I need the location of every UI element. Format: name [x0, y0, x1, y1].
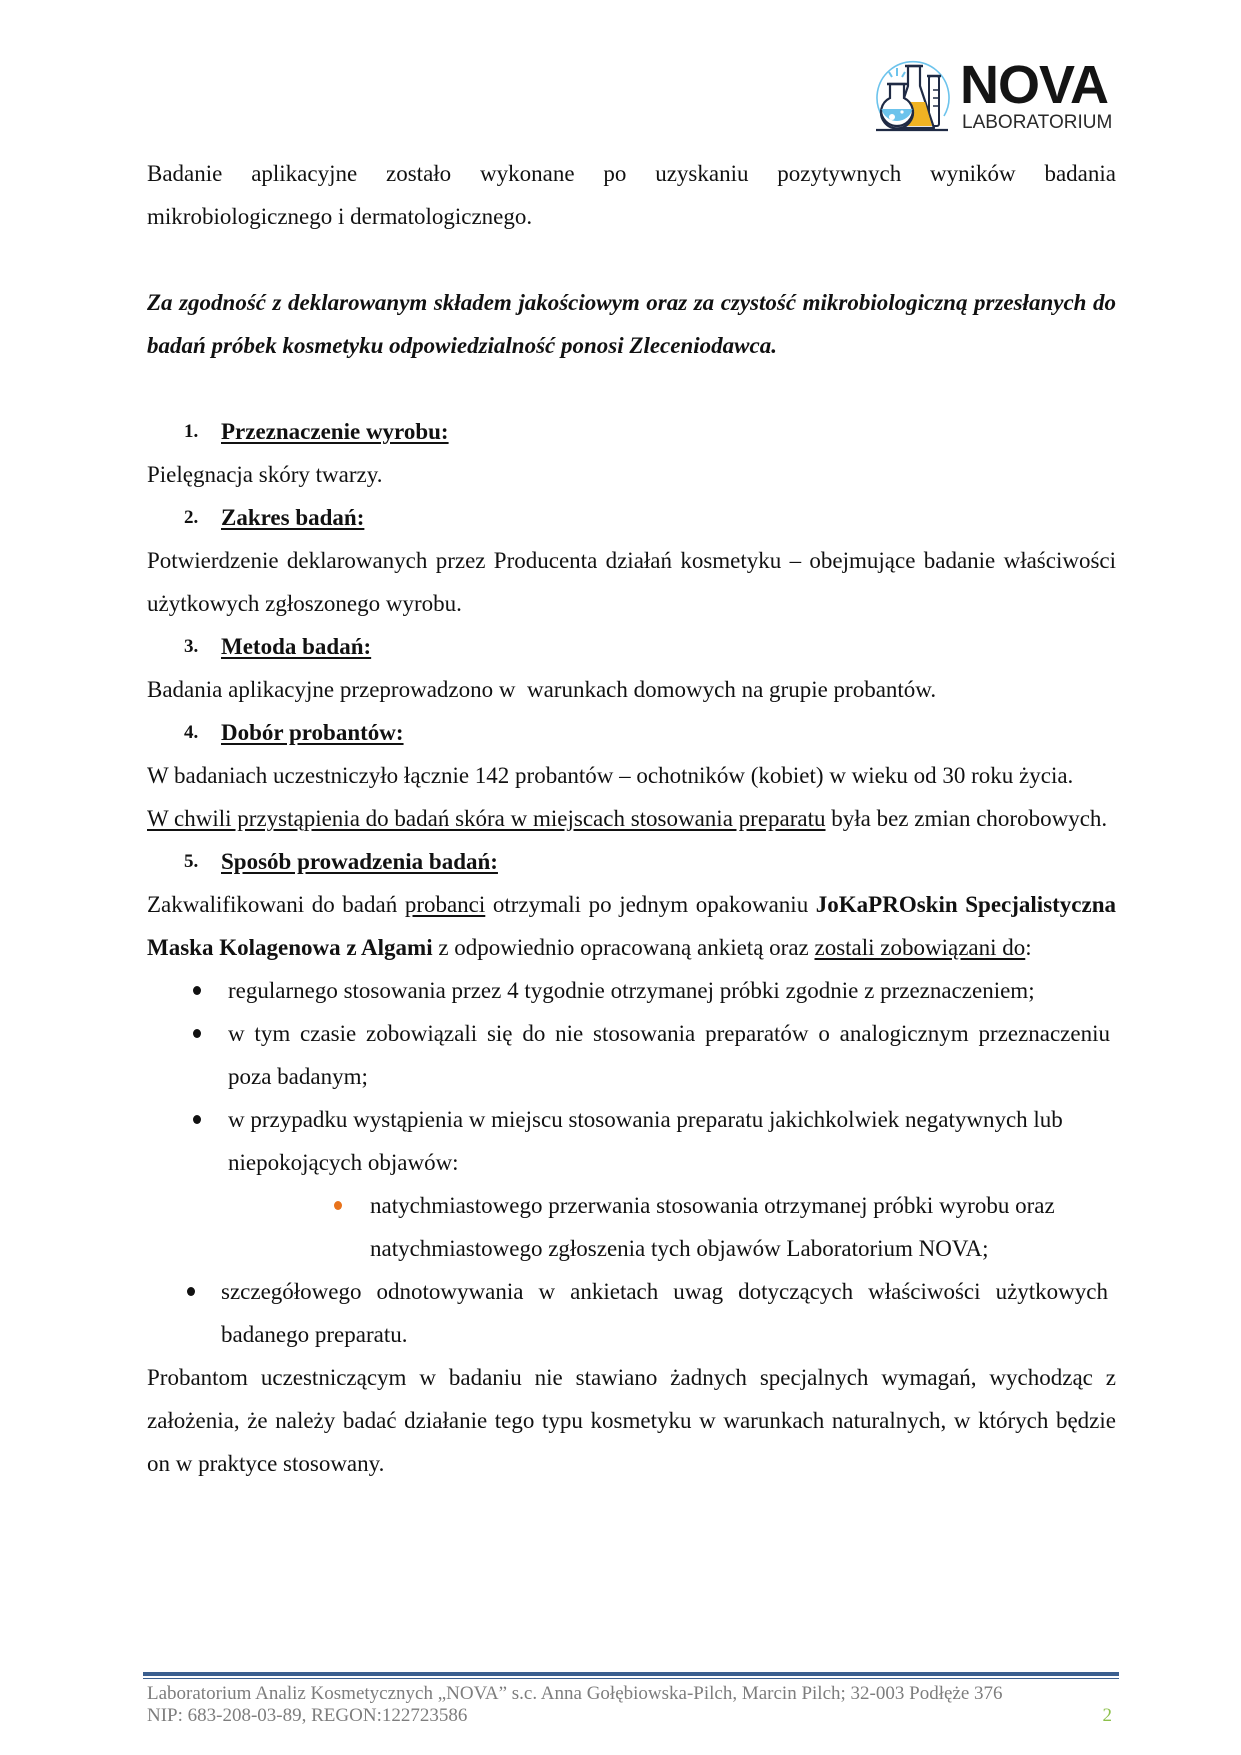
logo-brand-text: NOVA: [960, 58, 1108, 112]
section-1-body: Pielęgnacja skóry twarzy.: [147, 453, 1116, 496]
section-heading-5: 5. Sposób prowadzenia badań:: [147, 840, 1116, 883]
bullet-icon: [193, 1029, 201, 1038]
section-5-body: Zakwalifikowani do badań probanci otrzym…: [147, 883, 1116, 969]
document-body: Badanie aplikacyjne zostało wykonane po …: [147, 152, 1116, 1485]
list-item-text: szczegółowego odnotowywania w ankietach …: [221, 1279, 1108, 1347]
section-number: 3.: [184, 625, 221, 668]
footer-divider: [143, 1672, 1119, 1679]
page-number: 2: [1103, 1705, 1113, 1727]
obligations-list: regularnego stosowania przez 4 tygodnie …: [147, 969, 1116, 1356]
list-item: regularnego stosowania przez 4 tygodnie …: [147, 969, 1116, 1012]
section-number: 5.: [184, 840, 221, 883]
section-title: Dobór probantów:: [221, 711, 404, 754]
page-footer: Laboratorium Analiz Kosmetycznych „NOVA”…: [147, 1683, 1112, 1727]
intro-paragraph: Badanie aplikacyjne zostało wykonane po …: [147, 152, 1116, 238]
section-heading-3: 3. Metoda badań:: [147, 625, 1116, 668]
underlined-text: W chwili przystąpienia do badań skóra w …: [147, 806, 826, 831]
bullet-icon: [193, 986, 201, 995]
section-3-body: Badania aplikacyjne przeprowadzono w war…: [147, 668, 1116, 711]
underlined-text: zostali zobowiązani do: [815, 935, 1026, 960]
list-item-text: w przypadku wystąpienia w miejscu stosow…: [228, 1107, 1063, 1175]
document-page: NOVA LABORATORIUM Badanie aplikacyjne zo…: [0, 0, 1241, 1755]
list-item-text: natychmiastowego przerwania stosowania o…: [370, 1193, 1055, 1261]
section-4-body: W badaniach uczestniczyło łącznie 142 pr…: [147, 754, 1116, 797]
list-item: szczegółowego odnotowywania w ankietach …: [147, 1270, 1116, 1356]
section-heading-1: 1. Przeznaczenie wyrobu:: [147, 410, 1116, 453]
body-text: otrzymali po jednym opakowaniu: [485, 892, 816, 917]
closing-paragraph: Probantom uczestniczącym w badaniu nie s…: [147, 1356, 1116, 1485]
section-heading-2: 2. Zakres badań:: [147, 496, 1116, 539]
bullet-icon: [187, 1287, 195, 1296]
list-item: w przypadku wystąpienia w miejscu stosow…: [147, 1098, 1116, 1184]
footer-registration-line: NIP: 683-208-03-89, REGON:122723586: [147, 1705, 1112, 1727]
logo-subtitle-text: LABORATORIUM: [962, 112, 1112, 134]
section-title: Przeznaczenie wyrobu:: [221, 410, 449, 453]
body-text: z odpowiednio opracowaną ankietą oraz: [433, 935, 815, 960]
nova-laboratorium-logo: NOVA LABORATORIUM: [872, 54, 1122, 140]
body-text: :: [1025, 935, 1031, 960]
section-title: Zakres badań:: [221, 496, 364, 539]
disclaimer-paragraph: Za zgodność z deklarowanym składem jakoś…: [147, 281, 1116, 367]
body-text: Zakwalifikowani do badań: [147, 892, 405, 917]
section-title: Sposób prowadzenia badań:: [221, 840, 498, 883]
section-2-body: Potwierdzenie deklarowanych przez Produc…: [147, 539, 1116, 625]
list-item: w tym czasie zobowiązali się do nie stos…: [147, 1012, 1116, 1098]
lab-flasks-icon: [872, 54, 954, 136]
bullet-icon: [193, 1115, 201, 1124]
body-text: była bez zmian chorobowych.: [826, 806, 1108, 831]
list-item-text: w tym czasie zobowiązali się do nie stos…: [228, 1021, 1110, 1089]
sub-list-item: natychmiastowego przerwania stosowania o…: [147, 1184, 1116, 1270]
section-4-body-2: W chwili przystąpienia do badań skóra w …: [147, 797, 1116, 840]
footer-company-line: Laboratorium Analiz Kosmetycznych „NOVA”…: [147, 1683, 1112, 1705]
orange-bullet-icon: [334, 1201, 342, 1210]
section-number: 2.: [184, 496, 221, 539]
section-heading-4: 4. Dobór probantów:: [147, 711, 1116, 754]
underlined-text: probanci: [405, 892, 485, 917]
section-title: Metoda badań:: [221, 625, 371, 668]
list-item-text: regularnego stosowania przez 4 tygodnie …: [228, 978, 1035, 1003]
section-number: 1.: [184, 410, 221, 453]
section-number: 4.: [184, 711, 221, 754]
